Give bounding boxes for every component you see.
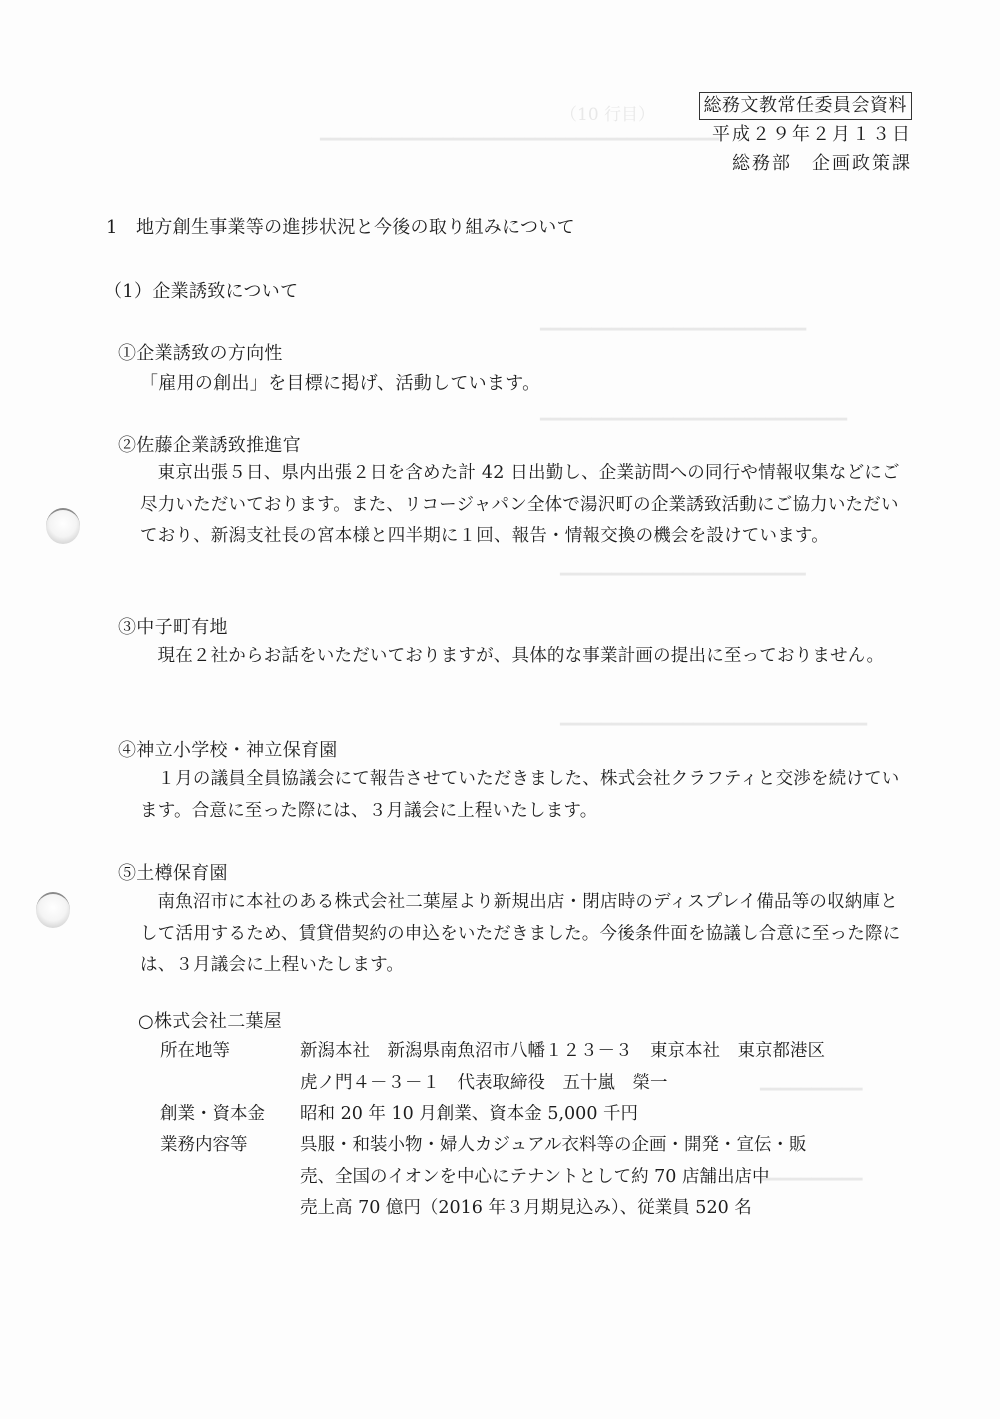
item-heading: ②佐藤企業誘致推進官 <box>118 430 301 461</box>
bleed-through-text: ━━━━━━━━━━━━━━━━━━━━━━━━━━ <box>540 320 806 340</box>
row-label: 業務内容等 <box>160 1130 300 1225</box>
row-value-line: 昭和 20 年 10 月創業、資本金 5,000 千円 <box>300 1099 900 1131</box>
document-label: 総務文教常任委員会資料 <box>699 92 913 120</box>
row-label: 所在地等 <box>160 1036 300 1099</box>
document-date: 平成２９年２月１３日 <box>699 120 913 149</box>
item-heading: ③中子町有地 <box>118 612 228 643</box>
bleed-through-text: ━━━━━━━━━━━━━━━━━━━━━━━━━━━━━━ <box>560 715 867 735</box>
item-body: 現在２社からお話をいただいておりますが、具体的な事業計画の提出に至っておりません… <box>140 641 910 673</box>
row-value: 昭和 20 年 10 月創業、資本金 5,000 千円 <box>300 1099 900 1131</box>
row-value-line: 虎ノ門４－３－１ 代表取締役 五十嵐 榮一 <box>300 1068 900 1100</box>
company-row-location: 所在地等 新潟本社 新潟県南魚沼市八幡１２３－３ 東京本社 東京都港区 虎ノ門４… <box>160 1036 900 1099</box>
item-body-text: 南魚沼市に本社のある株式会社二葉屋より新規出店・閉店時のディスプレイ備品等の収納… <box>140 887 910 982</box>
item-body: 東京出張５日、県内出張２日を含めた計 42 日出勤し、企業訪問への同行や情報収集… <box>140 458 910 553</box>
company-row-business: 業務内容等 呉服・和装小物・婦人カジュアル衣料等の企画・開発・宣伝・販 売、全国… <box>160 1130 900 1225</box>
punch-hole-mark <box>46 508 80 544</box>
department: 総務部 企画政策課 <box>699 149 913 178</box>
punch-hole-mark <box>36 892 70 928</box>
item-body-text: 東京出張５日、県内出張２日を含めた計 42 日出勤し、企業訪問への同行や情報収集… <box>140 458 910 553</box>
item-heading: ⑤土樽保育園 <box>118 858 228 889</box>
company-title: ○株式会社二葉屋 <box>138 1006 282 1037</box>
row-value-line: 売上高 70 億円（2016 年３月期見込み）、従業員 520 名 <box>300 1193 900 1225</box>
item-heading: ①企業誘致の方向性 <box>118 338 283 369</box>
item-body: 南魚沼市に本社のある株式会社二葉屋より新規出店・閉店時のディスプレイ備品等の収納… <box>140 887 910 982</box>
document-header: 総務文教常任委員会資料 平成２９年２月１３日 総務部 企画政策課 <box>699 92 913 178</box>
section-title: 1 地方創生事業等の進捗状況と今後の取り組みについて <box>106 212 575 243</box>
item-body-text: １月の議員全員協議会にて報告させていただきました、株式会社クラフティと交渉を続け… <box>140 764 910 827</box>
company-row-founding: 創業・資本金 昭和 20 年 10 月創業、資本金 5,000 千円 <box>160 1099 900 1131</box>
subsection-title: （1）企業誘致について <box>104 276 298 307</box>
item-heading: ④神立小学校・神立保育園 <box>118 735 338 766</box>
item-body-text: 現在２社からお話をいただいておりますが、具体的な事業計画の提出に至っておりません… <box>140 641 910 673</box>
bleed-through-text: ━━━━━━━━━━━━━━━━━━━━━━━━━━━━━━ <box>540 410 847 430</box>
row-value-line: 呉服・和装小物・婦人カジュアル衣料等の企画・開発・宣伝・販 <box>300 1130 900 1162</box>
bleed-through-text: ━━━━━━━━━━━━━━━━━━━━━━━━━━━━━━━━━━━━━━━ <box>320 130 719 150</box>
bleed-through-text: ━━━━━━━━━━━━━━━━━━━━━━━━ <box>560 565 806 585</box>
row-value: 新潟本社 新潟県南魚沼市八幡１２３－３ 東京本社 東京都港区 虎ノ門４－３－１ … <box>300 1036 900 1099</box>
bleed-through-text: （10 行目） <box>560 100 655 125</box>
item-body: 「雇用の創出」を目標に掲げ、活動しています。 <box>140 368 540 399</box>
row-value-line: 売、全国のイオンを中心にテナントとして約 70 店舗出店中 <box>300 1162 900 1194</box>
row-value: 呉服・和装小物・婦人カジュアル衣料等の企画・開発・宣伝・販 売、全国のイオンを中… <box>300 1130 900 1225</box>
row-label: 創業・資本金 <box>160 1099 300 1131</box>
row-value-line: 新潟本社 新潟県南魚沼市八幡１２３－３ 東京本社 東京都港区 <box>300 1036 900 1068</box>
item-body: １月の議員全員協議会にて報告させていただきました、株式会社クラフティと交渉を続け… <box>140 764 910 827</box>
